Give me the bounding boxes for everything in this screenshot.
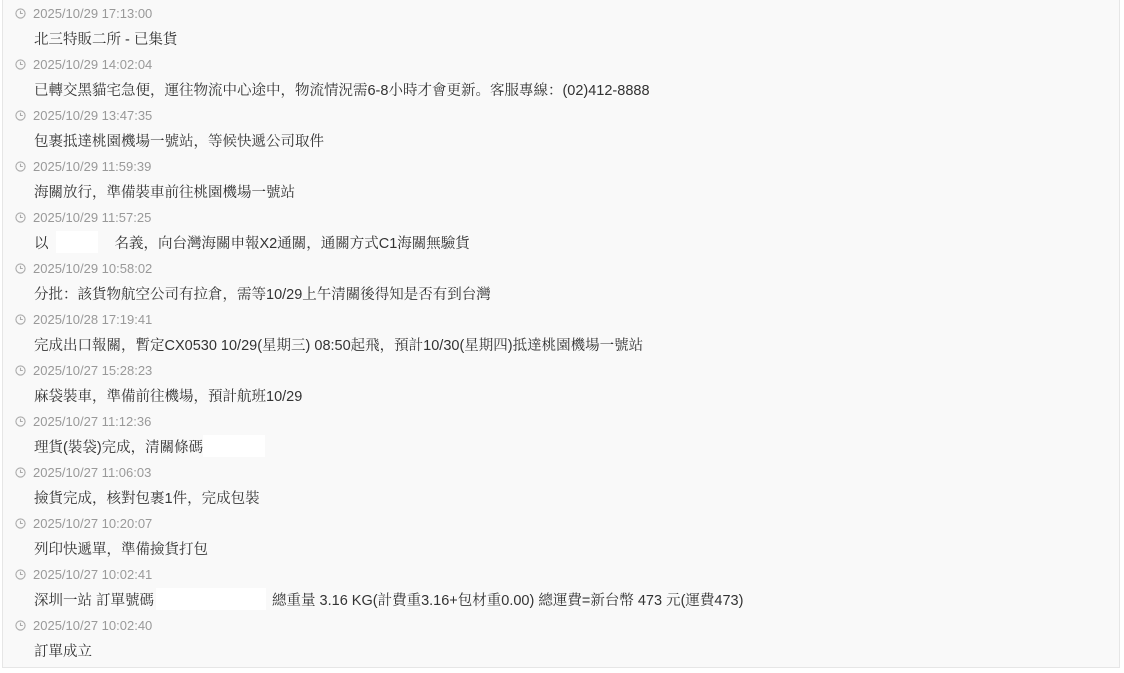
event-time: 2025/10/27 10:02:40 [33,618,152,633]
redacted-block [203,435,265,457]
event-time: 2025/10/27 11:06:03 [33,465,151,480]
event-time: 2025/10/28 17:19:41 [33,312,152,327]
event-time: 2025/10/27 10:20:07 [33,516,152,531]
event-description: 麻袋裝車，準備前往機場，預計航班10/29 [34,386,302,404]
timeline-event: 2025/10/27 10:02:41 深圳一站 訂單號碼 總重量 3.16 K… [3,561,1119,612]
event-description: 理貨(裝袋)完成，清關條碼 [34,437,265,455]
timeline-event: 2025/10/29 10:58:02 分批：該貨物航空公司有拉倉，需等10/2… [3,255,1119,306]
clock-icon [15,518,26,529]
timeline-event: 2025/10/29 11:59:39 海關放行，準備裝車前往桃園機場一號站 [3,153,1119,204]
clock-icon [15,212,26,223]
timeline-event: 2025/10/27 11:06:03 撿貨完成，核對包裹1件，完成包裝 [3,459,1119,510]
timeline-event: 2025/10/28 17:19:41 完成出口報關，暫定CX0530 10/2… [3,306,1119,357]
redacted-block [56,231,98,253]
event-description: 完成出口報關，暫定CX0530 10/29(星期三) 08:50起飛，預計10/… [34,335,643,353]
clock-icon [15,365,26,376]
event-description: 列印快遞單，準備撿貨打包 [34,539,208,557]
clock-icon [15,620,26,631]
event-description: 海關放行，準備裝車前往桃園機場一號站 [34,182,295,200]
clock-icon [15,416,26,427]
redacted-block [156,588,266,610]
event-time: 2025/10/27 11:12:36 [33,414,151,429]
event-time: 2025/10/29 13:47:35 [33,108,152,123]
clock-icon [15,569,26,580]
tracking-timeline: 2025/10/29 17:13:00 北三特販二所 - 已集貨 2025/10… [2,0,1120,668]
timeline-event: 2025/10/27 15:28:23 麻袋裝車，準備前往機場，預計航班10/2… [3,357,1119,408]
event-time: 2025/10/27 15:28:23 [33,363,152,378]
clock-icon [15,314,26,325]
timeline-event: 2025/10/27 11:12:36 理貨(裝袋)完成，清關條碼 [3,408,1119,459]
timeline-event: 2025/10/29 13:47:35 包裹抵達桃園機場一號站，等候快遞公司取件 [3,102,1119,153]
timeline-event: 2025/10/27 10:20:07 列印快遞單，準備撿貨打包 [3,510,1119,561]
event-description: 分批：該貨物航空公司有拉倉，需等10/29上午清關後得知是否有到台灣 [34,284,491,302]
event-description: 已轉交黑貓宅急便，運往物流中心途中，物流情況需6-8小時才會更新。客服專線：(0… [34,80,650,98]
timeline-event: 2025/10/29 11:57:25 以 名義，向台灣海關申報X2通關，通關方… [3,204,1119,255]
event-time: 2025/10/29 14:02:04 [33,57,152,72]
event-description: 訂單成立 [34,641,92,659]
event-time: 2025/10/29 11:57:25 [33,210,151,225]
event-time: 2025/10/29 10:58:02 [33,261,152,276]
clock-icon [15,263,26,274]
clock-icon [15,110,26,121]
clock-icon [15,59,26,70]
clock-icon [15,161,26,172]
event-time: 2025/10/29 11:59:39 [33,159,151,174]
clock-icon [15,8,26,19]
event-description: 以 名義，向台灣海關申報X2通關，通關方式C1海關無驗貨 [34,233,470,251]
event-time: 2025/10/29 17:13:00 [33,6,152,21]
clock-icon [15,467,26,478]
timeline-event: 2025/10/27 10:02:40 訂單成立 [3,612,1119,663]
event-description: 深圳一站 訂單號碼 總重量 3.16 KG(計費重3.16+包材重0.00) 總… [34,590,743,608]
event-description: 北三特販二所 - 已集貨 [34,29,177,47]
event-description: 包裹抵達桃園機場一號站，等候快遞公司取件 [34,131,324,149]
event-time: 2025/10/27 10:02:41 [33,567,152,582]
timeline-event: 2025/10/29 14:02:04 已轉交黑貓宅急便，運往物流中心途中，物流… [3,51,1119,102]
event-description: 撿貨完成，核對包裹1件，完成包裝 [34,488,260,506]
timeline-event: 2025/10/29 17:13:00 北三特販二所 - 已集貨 [3,0,1119,51]
